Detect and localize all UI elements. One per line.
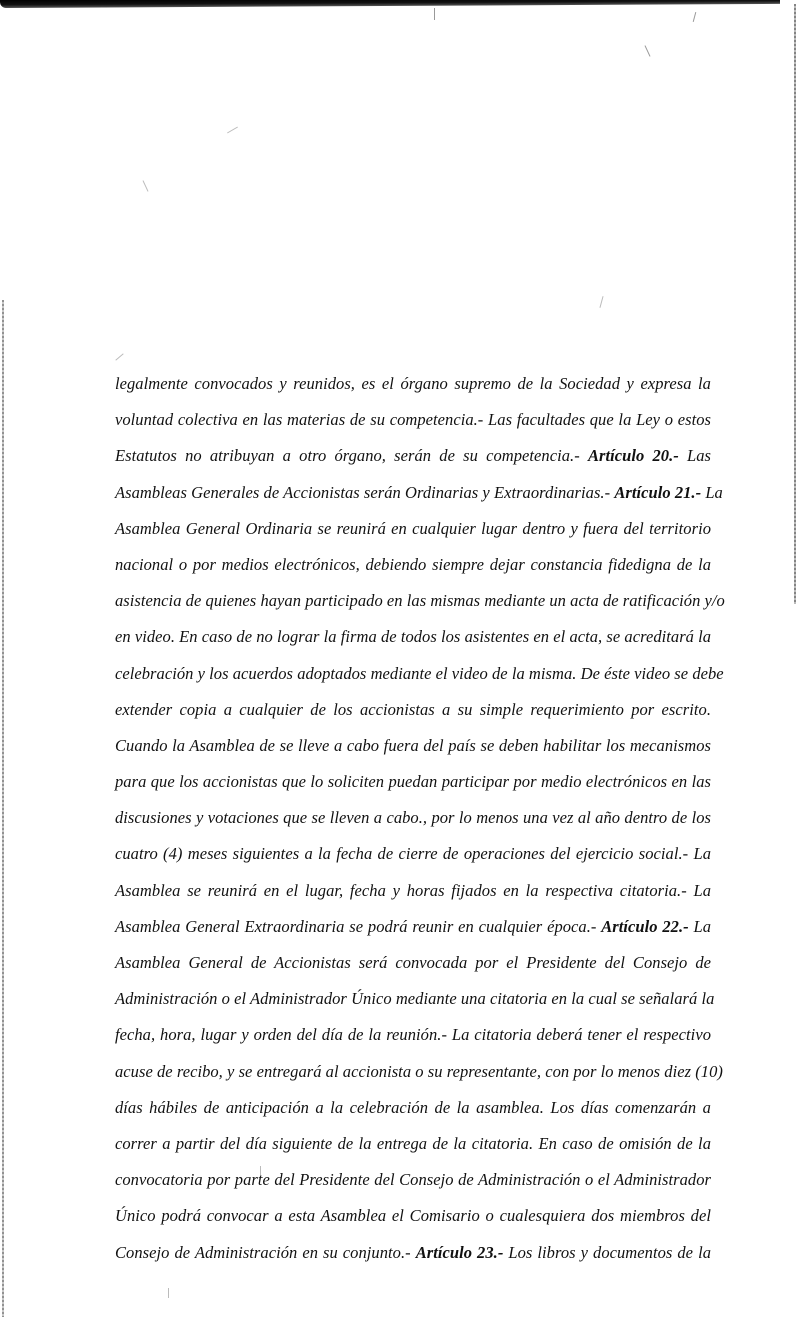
scan-artifact (693, 12, 697, 22)
scan-artifact (143, 180, 149, 191)
text-line: Único podrá convocar a esta Asamblea el … (115, 1198, 711, 1234)
text-segment: Las (679, 446, 711, 465)
text-segment: Asamblea General Ordinaria se reunirá en… (115, 519, 711, 538)
text-segment: fecha, hora, lugar y orden del día de la… (115, 1025, 711, 1044)
scan-top-border (0, 0, 780, 8)
text-segment: Asambleas Generales de Accionistas serán… (115, 483, 614, 502)
text-line: Asamblea General de Accionistas será con… (115, 945, 711, 981)
article-heading: Artículo 23.- (416, 1243, 504, 1262)
text-line: convocatoria por parte del Presidente de… (115, 1162, 711, 1198)
text-segment: asistencia de quienes hayan participado … (115, 591, 725, 610)
text-line: en video. En caso de no lograr la firma … (115, 619, 711, 655)
text-segment: Estatutos no atribuyan a otro órgano, se… (115, 446, 588, 465)
scan-right-edge (794, 4, 796, 604)
article-heading: Artículo 21.- (614, 483, 701, 502)
text-line: legalmente convocados y reunidos, es el … (115, 366, 711, 402)
article-heading: Artículo 22.- (601, 917, 688, 936)
scan-artifact (599, 296, 603, 308)
scan-artifact (115, 353, 123, 360)
text-segment: La (701, 483, 723, 502)
text-line: días hábiles de anticipación a la celebr… (115, 1090, 711, 1126)
text-segment: convocatoria por parte del Presidente de… (115, 1170, 711, 1189)
text-segment: para que los accionistas que lo solicite… (115, 772, 711, 791)
text-line: fecha, hora, lugar y orden del día de la… (115, 1017, 711, 1053)
text-line: Estatutos no atribuyan a otro órgano, se… (115, 438, 711, 474)
text-line: extender copia a cualquier de los accion… (115, 692, 711, 728)
text-segment: voluntad colectiva en las materias de su… (115, 410, 711, 429)
text-segment: nacional o por medios electrónicos, debi… (115, 555, 711, 574)
text-line: cuatro (4) meses siguientes a la fecha d… (115, 836, 711, 872)
text-line: Asamblea General Extraordinaria se podrá… (115, 909, 711, 945)
text-line: voluntad colectiva en las materias de su… (115, 402, 711, 438)
text-line: Asamblea se reunirá en el lugar, fecha y… (115, 873, 711, 909)
document-body: legalmente convocados y reunidos, es el … (115, 366, 711, 1271)
text-line: Asambleas Generales de Accionistas serán… (115, 475, 711, 511)
text-segment: Administración o el Administrador Único … (115, 989, 714, 1008)
text-segment: Asamblea General Extraordinaria se podrá… (115, 917, 601, 936)
text-segment: Asamblea se reunirá en el lugar, fecha y… (115, 881, 711, 900)
text-segment: Consejo de Administración en su conjunto… (115, 1243, 416, 1262)
scan-artifact (434, 8, 435, 20)
text-line: asistencia de quienes hayan participado … (115, 583, 711, 619)
text-segment: acuse de recibo, y se entregará al accio… (115, 1062, 723, 1081)
scan-artifact (645, 45, 651, 56)
text-line: Administración o el Administrador Único … (115, 981, 711, 1017)
text-segment: discusiones y votaciones que se lleven a… (115, 808, 711, 827)
text-line: acuse de recibo, y se entregará al accio… (115, 1054, 711, 1090)
text-line: discusiones y votaciones que se lleven a… (115, 800, 711, 836)
text-segment: correr a partir del día siguiente de la … (115, 1134, 711, 1153)
text-segment: La (689, 917, 711, 936)
text-segment: Cuando la Asamblea de se lleve a cabo fu… (115, 736, 711, 755)
text-segment: Asamblea General de Accionistas será con… (115, 953, 711, 972)
text-segment: celebración y los acuerdos adoptados med… (115, 664, 724, 683)
scan-left-edge (2, 300, 4, 1317)
text-line: celebración y los acuerdos adoptados med… (115, 656, 711, 692)
scan-artifact (168, 1288, 169, 1298)
text-line: para que los accionistas que lo solicite… (115, 764, 711, 800)
text-segment: Único podrá convocar a esta Asamblea el … (115, 1206, 711, 1225)
text-segment: legalmente convocados y reunidos, es el … (115, 374, 711, 393)
text-line: Consejo de Administración en su conjunto… (115, 1235, 711, 1271)
scan-artifact (227, 127, 238, 134)
text-line: Asamblea General Ordinaria se reunirá en… (115, 511, 711, 547)
text-segment: extender copia a cualquier de los accion… (115, 700, 711, 719)
text-line: nacional o por medios electrónicos, debi… (115, 547, 711, 583)
text-line: Cuando la Asamblea de se lleve a cabo fu… (115, 728, 711, 764)
text-line: correr a partir del día siguiente de la … (115, 1126, 711, 1162)
text-segment: en video. En caso de no lograr la firma … (115, 627, 711, 646)
text-segment: días hábiles de anticipación a la celebr… (115, 1098, 711, 1117)
text-segment: Los libros y documentos de la (503, 1243, 711, 1262)
article-heading: Artículo 20.- (588, 446, 679, 465)
text-segment: cuatro (4) meses siguientes a la fecha d… (115, 844, 711, 863)
